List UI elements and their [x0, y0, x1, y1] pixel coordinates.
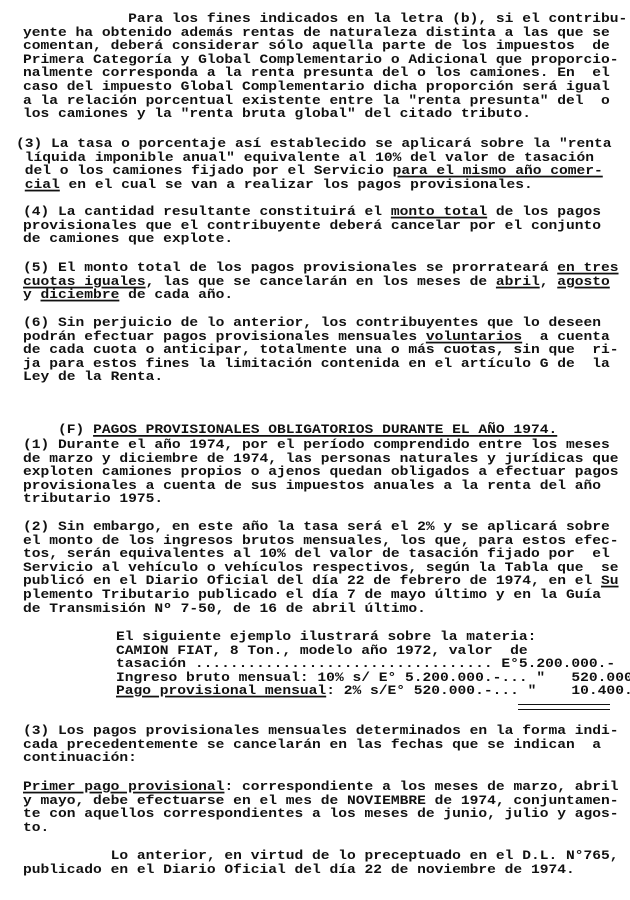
text-run: te con aquellos correspondientes a los m…	[23, 807, 619, 821]
text-run: (2) Sin embargo, en este año la tasa ser…	[23, 520, 610, 534]
text-line: plemento Tributario publicado el día 7 d…	[23, 590, 601, 602]
text-line: los camiones y la "renta bruta global" d…	[23, 109, 531, 121]
text-line: tributario 1975.	[23, 494, 163, 506]
text-run: y mayo, debe efectuarse en el mes de NOV…	[23, 794, 619, 808]
text-run: (5) El monto total de los pagos provisio…	[23, 261, 557, 275]
section-f-label: (F)	[58, 423, 93, 437]
text-run: a cuenta	[522, 330, 610, 344]
text-run: publicó en el Diario Oficial del día 22 …	[23, 575, 601, 589]
text-run: Ley de la Renta.	[23, 371, 163, 385]
underlined-text: diciembre	[41, 288, 120, 302]
text-run: yente ha obtenido además rentas de natur…	[23, 26, 610, 40]
text-run: (3) Los pagos provisionales mensuales de…	[23, 724, 619, 738]
text-run: en el cual se van a realizar los pagos p…	[60, 178, 533, 192]
text-line: to.	[23, 823, 49, 835]
total-double-rule	[518, 704, 610, 710]
underlined-text: Pago provisional mensual	[116, 685, 326, 699]
underlined-text: voluntarios	[426, 330, 522, 344]
text-run: Servicio al vehículo o vehículos respect…	[23, 561, 619, 575]
text-run: de marzo y diciembre de 1974, las person…	[23, 452, 619, 466]
text-run: (3) La tasa o porcentaje así establecido…	[16, 137, 612, 151]
text-line: podrán efectuar pagos provisionales mens…	[23, 332, 610, 344]
text-line: publicado en el Diario Oficial del día 2…	[23, 865, 575, 877]
text-run: comentan, deberá considerar sólo aquella…	[23, 39, 610, 53]
text-run	[16, 178, 25, 192]
section-f-title: PAGOS PROVISIONALES OBLIGATORIOS DURANTE…	[93, 423, 557, 437]
text-run: publicado en el Diario Oficial del día 2…	[23, 863, 575, 877]
underlined-text: cial	[25, 178, 60, 192]
text-run: to.	[23, 821, 49, 835]
text-line: tasación ...............................…	[116, 659, 615, 671]
text-line: (5) El monto total de los pagos provisio…	[23, 263, 619, 275]
text-run: Lo anterior, en virtud de lo preceptuado…	[23, 849, 619, 863]
underlined-text: monto total	[391, 205, 487, 219]
text-run: Para los fines indicados en la letra (b)…	[23, 12, 627, 26]
text-run: podrán efectuar pagos provisionales mens…	[23, 330, 426, 344]
text-run: tasación ...............................…	[116, 657, 615, 671]
underlined-text: para el mismo año comer-	[393, 164, 603, 178]
text-line: Primera Categoría y Global Complementari…	[23, 55, 619, 67]
text-run: provisionales que el contribuyente deber…	[23, 219, 601, 233]
text-line: El siguiente ejemplo ilustrará sobre la …	[116, 632, 536, 644]
text-run: de camiones que explote.	[23, 232, 233, 246]
text-run: ja para estos fines la limitación conten…	[23, 357, 610, 371]
text-run: y	[23, 288, 41, 302]
text-run: Ingreso bruto mensual: 10% s/ E° 5.200.0…	[116, 671, 630, 685]
text-line: comentan, deberá considerar sólo aquella…	[23, 41, 610, 53]
text-line: y mayo, debe efectuarse en el mes de NOV…	[23, 796, 619, 808]
text-line: continuación:	[23, 753, 137, 765]
underlined-text: en tres	[557, 261, 618, 275]
text-run: de cada cuota o anticipar, totalmente un…	[23, 343, 619, 357]
text-line: de camiones que explote.	[23, 234, 233, 246]
text-line: cial en el cual se van a realizar los pa…	[16, 180, 533, 192]
text-line: tos, serán equivalentes al 10% del valor…	[23, 549, 610, 561]
text-line: Servicio al vehículo o vehículos respect…	[23, 563, 619, 575]
text-line: (3) La tasa o porcentaje así establecido…	[16, 139, 612, 151]
text-run: El siguiente ejemplo ilustrará sobre la …	[116, 630, 536, 644]
text-line: caso del impuesto Global Complementario …	[23, 82, 610, 94]
text-run: tos, serán equivalentes al 10% del valor…	[23, 547, 610, 561]
text-line: Ley de la Renta.	[23, 372, 163, 384]
text-run: tributario 1975.	[23, 493, 163, 507]
underlined-text: Primer pago provisional	[23, 780, 224, 794]
text-line: el monto de los ingresos brutos mensuale…	[23, 536, 619, 548]
text-line: (6) Sin perjuicio de lo anterior, los co…	[23, 318, 601, 330]
text-line: del o los camiones fijado por el Servici…	[16, 166, 603, 178]
text-line: te con aquellos correspondientes a los m…	[23, 809, 619, 821]
underlined-text: Su	[601, 575, 619, 589]
text-run: continuación:	[23, 751, 137, 765]
text-run: de los pagos	[487, 205, 601, 219]
text-run: del o los camiones fijado por el Servici…	[16, 164, 393, 178]
text-run: los camiones y la "renta bruta global" d…	[23, 107, 531, 121]
text-line: (3) Los pagos provisionales mensuales de…	[23, 726, 619, 738]
text-run: nalmente corresponda a la renta presunta…	[23, 67, 610, 81]
text-line: cada precedentemente se cancelarán en la…	[23, 740, 601, 752]
text-run: plemento Tributario publicado el día 7 d…	[23, 588, 601, 602]
text-line: provisionales a cuenta de sus impuestos …	[23, 481, 601, 493]
section-f-heading: (F) PAGOS PROVISIONALES OBLIGATORIOS DUR…	[23, 413, 557, 425]
text-line: exploten camiones propios o ajenos queda…	[23, 467, 619, 479]
document-page: Para los fines indicados en la letra (b)…	[0, 0, 630, 900]
text-run: provisionales a cuenta de sus impuestos …	[23, 479, 601, 493]
text-run: , las que se cancelarán en los meses de	[146, 275, 496, 289]
text-run: caso del impuesto Global Complementario …	[23, 80, 610, 94]
text-line: provisionales que el contribuyente deber…	[23, 221, 601, 233]
underlined-text: abril	[496, 275, 540, 289]
text-run: ,	[540, 275, 558, 289]
underlined-text: cuotas iguales	[23, 275, 146, 289]
text-line: nalmente corresponda a la renta presunta…	[23, 68, 610, 80]
text-line: Primer pago provisional: correspondiente…	[23, 782, 619, 794]
text-line: Ingreso bruto mensual: 10% s/ E° 5.200.0…	[116, 673, 630, 685]
text-line: de marzo y diciembre de 1974, las person…	[23, 454, 619, 466]
text-line: (4) La cantidad resultante constituirá e…	[23, 207, 601, 219]
text-line: CAMION FIAT, 8 Ton., modelo año 1972, va…	[116, 646, 528, 658]
text-run: cada precedentemente se cancelarán en la…	[23, 738, 601, 752]
text-run: (4) La cantidad resultante constituirá e…	[23, 205, 391, 219]
text-run: el monto de los ingresos brutos mensuale…	[23, 534, 619, 548]
text-run: Primera Categoría y Global Complementari…	[23, 53, 619, 67]
text-line: Para los fines indicados en la letra (b)…	[23, 14, 627, 26]
text-run: : correspondiente a los meses de marzo, …	[224, 780, 618, 794]
underlined-text: agosto	[557, 275, 610, 289]
text-line: ja para estos fines la limitación conten…	[23, 359, 610, 371]
text-line: Lo anterior, en virtud de lo preceptuado…	[23, 851, 619, 863]
text-line: a la relación porcentual existente entre…	[23, 96, 610, 108]
text-line: de cada cuota o anticipar, totalmente un…	[23, 345, 619, 357]
text-run: CAMION FIAT, 8 Ton., modelo año 1972, va…	[116, 644, 528, 658]
text-run: de Transmisión Nº 7-50, de 16 de abril ú…	[23, 602, 426, 616]
text-line: publicó en el Diario Oficial del día 22 …	[23, 576, 619, 588]
text-run: : 2% s/E° 520.000.-... " 10.400.-	[326, 685, 630, 699]
text-run: (1) Durante el año 1974, por el período …	[23, 438, 610, 452]
text-line: (1) Durante el año 1974, por el período …	[23, 440, 610, 452]
text-run: (6) Sin perjuicio de lo anterior, los co…	[23, 316, 601, 330]
text-line: yente ha obtenido además rentas de natur…	[23, 28, 610, 40]
text-line: Pago provisional mensual: 2% s/E° 520.00…	[116, 686, 630, 698]
text-line: líquida imponible anual" equivalente al …	[16, 153, 594, 165]
text-line: y diciembre de cada año.	[23, 290, 233, 302]
text-run: exploten camiones propios o ajenos queda…	[23, 465, 619, 479]
text-run: a la relación porcentual existente entre…	[23, 94, 610, 108]
text-run: líquida imponible anual" equivalente al …	[16, 151, 594, 165]
text-line: (2) Sin embargo, en este año la tasa ser…	[23, 522, 610, 534]
text-line: cuotas iguales, las que se cancelarán en…	[23, 277, 610, 289]
text-line: de Transmisión Nº 7-50, de 16 de abril ú…	[23, 604, 426, 616]
text-run: de cada año.	[119, 288, 233, 302]
